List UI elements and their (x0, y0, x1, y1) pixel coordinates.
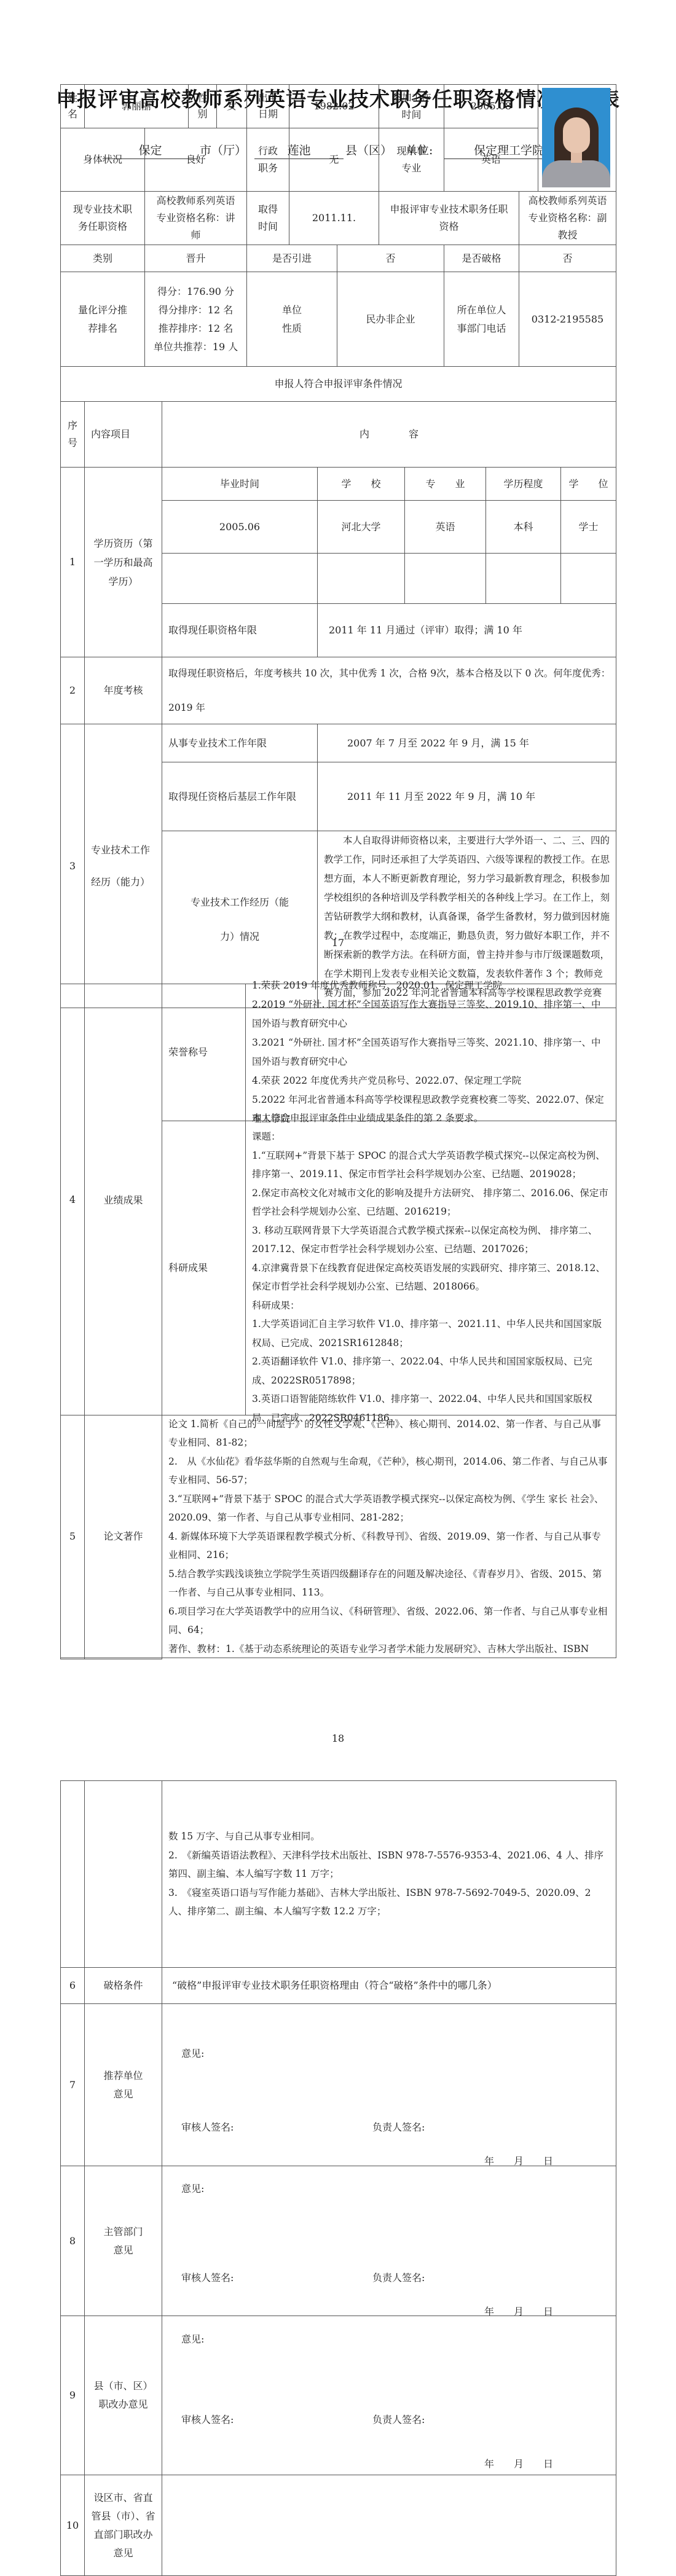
header-no: 序号 (60, 401, 85, 468)
ranking-value: 得分：176.90 分 得分排序：12 名 推荐排序：12 名 单位共推荐：19… (144, 272, 247, 367)
work-start-label: 参加工作时间 (379, 84, 444, 128)
leader-signature-label: 负责人签名: (372, 2412, 425, 2426)
paper-item: 论文 1.简析《自己的一间屋子》的女性文学观、《芒种》、核心期刊、2014.02… (168, 1415, 610, 1452)
row-no-5: 5 (60, 1415, 85, 1658)
category-value: 晋升 (144, 245, 247, 272)
introduced-value: 否 (337, 245, 444, 272)
edu-r1-degree: 学士 (560, 500, 616, 554)
opinion-label-9: 县（市、区）职改办意见 (84, 2316, 162, 2475)
page-number: 18 (0, 1732, 676, 1744)
admin-label: 行政职务 (246, 128, 289, 192)
achievements-label: 业绩成果 (84, 984, 162, 1415)
birth-label: 出生日期 (246, 84, 289, 128)
paper-item: 著作、教材：1.《基于动态系统理论的英语专业学习者学术能力发展研究》、吉林大学出… (168, 1640, 610, 1658)
honor-list: 1.荣获 2019 年度优秀教师称号、2020.01、保定理工学院 2.2019… (245, 984, 616, 1121)
paper-item: 2. 从《水仙花》看华兹华斯的自然观与生命观，《芒种》，核心期刊，2014.06… (168, 1452, 610, 1490)
research-label: 科研成果 (162, 1121, 246, 1415)
row-no-3: 3 (60, 724, 85, 1008)
opinion-box-7[interactable] (162, 2003, 616, 2166)
honor-item: 3.2021 “外研社. 国才杯”全国英语写作大赛指导三等奖、2021.10、排… (252, 1033, 610, 1071)
research-item: 本人符合申报评审条件中业绩成果条件的第 2 条要求。 (252, 1109, 483, 1128)
edu-col-level: 学历程度 (485, 467, 561, 501)
row-no-9: 9 (60, 2316, 85, 2475)
current-title-label: 现专业技术职务任职资格 (60, 191, 145, 245)
obtain-value: 2011.11. (289, 191, 379, 245)
apply-title-value: 高校教师系列英语专业资格名称：副教授 (519, 191, 616, 245)
section-title: 申报人符合申报评审条件情况 (60, 366, 616, 402)
date-label: 年 月 日 (484, 2456, 553, 2470)
research-item: 1.“互联网+”背景下基于 SPOC 的混合式大学英语教学模式探究--以保定高校… (252, 1146, 610, 1184)
research-item: 2.保定市高校文化对城市文化的影响及提升方法研究、 排序第二、2016.06、保… (252, 1184, 610, 1221)
category-label: 类别 (60, 245, 145, 272)
honor-label: 荣誉称号 (162, 984, 246, 1121)
header-item: 内容项目 (84, 401, 162, 468)
edu-col-school: 学 校 (317, 467, 405, 501)
honor-item: 4.荣获 2022 年度优秀共产党员称号、2022.07、保定理工学院 (252, 1071, 521, 1090)
apply-title-label: 申报评审专业技术职务任职资格 (379, 191, 519, 245)
health-label: 身体状况 (60, 128, 145, 192)
paper-item: 3. 《寝室英语口语与写作能力基础》、吉林大学出版社、ISBN 978-7-56… (168, 1884, 610, 1921)
row-no-1: 1 (60, 467, 85, 657)
grassroots-value: 2011 年 11 月至 2022 年 9 月，满 10 年 (317, 762, 616, 831)
opinion-box-8[interactable] (162, 2166, 616, 2316)
gender-value: 女 (216, 84, 247, 128)
row-no-7: 7 (60, 2003, 85, 2166)
annual-label: 年度考核 (84, 657, 162, 724)
opinion-label-7: 推荐单位意见 (84, 2003, 162, 2166)
research-item: 2.英语翻译软件 V1.0、排序第一、2022.04、中华人民共和国国家版权局、… (252, 1352, 610, 1390)
header-content: 内 容 (162, 401, 616, 468)
opinion-box-9[interactable] (162, 2316, 616, 2475)
row-no-4: 4 (60, 984, 85, 1415)
paper-item: 数 15 万字、与自己从事专业相同。 (168, 1827, 320, 1846)
exceptional-condition-label: 破格条件 (84, 1967, 162, 2004)
leader-signature-label: 负责人签名: (372, 2120, 425, 2134)
ranking-recommend-order: 推荐排序：12 名 (159, 319, 233, 338)
edu-r2-degree (560, 553, 616, 604)
research-item: 科研成果： (252, 1296, 300, 1315)
edu-r1-level: 本科 (485, 500, 561, 554)
research-item: 3. 移动互联网背景下大学英语混合式教学模式探索--以保定高校为例、 排序第二、… (252, 1221, 610, 1259)
applicant-photo (542, 88, 610, 187)
name-label: 姓名 (60, 84, 85, 128)
health-value: 良好 (144, 128, 247, 192)
papers-cont-label (84, 1780, 162, 1968)
annual-value: 取得现任职资格后，年度考核共 10 次，其中优秀 1 次，合格 9次，基本合格及… (162, 657, 616, 724)
paper-item: 4. 新媒体环境下大学英语课程教学模式分析、《科教导刊》、省级、2019.09、… (168, 1527, 610, 1565)
leader-signature-label: 负责人签名: (372, 2270, 425, 2284)
papers-label: 论文著作 (84, 1415, 162, 1658)
opinion-box-10[interactable] (162, 2475, 616, 2576)
papers-list: 本人符合申报评审条件中论文、著作条件的第 1 条要求。 论文 1.简析《自己的一… (162, 1415, 616, 1658)
opinion-label: 意见: (181, 2046, 204, 2060)
edu-r2-major (404, 553, 486, 604)
current-title-value: 高校教师系列英语专业资格名称：讲师 (144, 191, 247, 245)
row-no-10: 10 (60, 2475, 85, 2576)
work-years-label: 从事专业技术工作年限 (162, 724, 318, 762)
edu-r1-school: 河北大学 (317, 500, 405, 554)
research-item: 4.京津冀背景下在线教育促进保定高校英语发展的实践研究、排序第三、2018.12… (252, 1259, 610, 1296)
paper-item: 2. 《新编英语语法教程》、天津科学技术出版社、ISBN 978-7-5576-… (168, 1846, 610, 1884)
ranking-label: 量化评分推荐排名 (60, 272, 145, 367)
reviewer-signature-label: 审核人签名: (181, 2270, 234, 2284)
row-no-6: 6 (60, 1967, 85, 2004)
research-list: 本人符合申报评审条件中业绩成果条件的第 2 条要求。 课题： 1.“互联网+”背… (245, 1121, 616, 1415)
exceptional-condition-text: “破格”申报评审专业技术职务任职资格理由（符合“破格”条件中的哪几条） (162, 1967, 616, 2004)
edu-label: 学历资历（第一学历和最高学历） (84, 467, 162, 657)
paper-item: 6.项目学习在大学英语教学中的应用刍议、《科研管理》、省级、2022.06、第一… (168, 1602, 610, 1640)
paper-item: 5.结合教学实践浅谈独立学院学生英语四级翻译存在的问题及解决途径、《青春岁月》、… (168, 1565, 610, 1602)
grassroots-label: 取得现任资格后基层工作年限 (162, 762, 318, 831)
papers-cont-list: 数 15 万字、与自己从事专业相同。 2. 《新编英语语法教程》、天津科学技术出… (162, 1780, 616, 1968)
birth-value: 1982.02 (289, 84, 379, 128)
gender-label: 性别 (188, 84, 217, 128)
exceptional-label: 是否破格 (444, 245, 519, 272)
hr-phone-label: 所在单位人事部门电话 (444, 272, 519, 367)
qual-years-label: 取得现任职资格年限 (162, 603, 318, 657)
honor-item: 2.2019 “外研社. 国才杯”全国英语写作大赛指导三等奖、2019.10、排… (252, 995, 610, 1033)
work-years-value: 2007 年 7 月至 2022 年 9 月，满 15 年 (317, 724, 616, 762)
unit-type-label: 单位性质 (246, 272, 337, 367)
work-start-value: 2005.08 (444, 84, 538, 128)
research-item: 1.大学英语词汇自主学习软件 V1.0、排序第一、2021.11、中华人民共和国… (252, 1315, 610, 1352)
edu-r2-level (485, 553, 561, 604)
edu-col-major: 专 业 (404, 467, 486, 501)
exceptional-value: 否 (519, 245, 616, 272)
hr-phone-value: 0312-2195585 (519, 272, 616, 367)
opinion-label: 意见: (181, 2181, 204, 2195)
research-item: 课题： (252, 1127, 281, 1146)
ranking-score: 得分：176.90 分 (157, 283, 234, 301)
introduced-label: 是否引进 (246, 245, 337, 272)
opinion-label-10: 设区市、省直管县（市）、省直部门职改办意见 (84, 2475, 162, 2576)
edu-col-grad-time: 毕业时间 (162, 467, 318, 501)
qual-years-value: 2011 年 11 月通过（评审）取得；满 10 年 (317, 603, 616, 657)
edu-r2-time (162, 553, 318, 604)
papers-cont-no (60, 1780, 85, 1968)
edu-r2-school (317, 553, 405, 604)
edu-r1-time: 2005.06 (162, 500, 318, 554)
obtain-label: 取得时间 (246, 191, 289, 245)
admin-value: 无 (289, 128, 379, 192)
edu-col-degree: 学 位 (560, 467, 616, 501)
ranking-total: 单位共推荐：19 人 (154, 338, 238, 356)
edu-r1-major: 英语 (404, 500, 486, 554)
honor-item: 1.荣获 2019 年度优秀教师称号、2020.01、保定理工学院 (252, 976, 502, 995)
row-no-8: 8 (60, 2166, 85, 2316)
major-value: 英语 (444, 128, 538, 192)
opinion-label-8: 主管部门意见 (84, 2166, 162, 2316)
reviewer-signature-label: 审核人签名: (181, 2120, 234, 2134)
row-no-2: 2 (60, 657, 85, 724)
major-label: 现从事专业 (379, 128, 444, 192)
opinion-label: 意见: (181, 2331, 204, 2346)
experience-label: 专业技术工作经历（能力） (84, 724, 162, 1008)
name-value: 郭丽丽 (84, 84, 189, 128)
unit-type-value: 民办非企业 (337, 272, 444, 367)
ranking-score-order: 得分排序：12 名 (159, 301, 233, 319)
page-number: 17 (0, 937, 676, 949)
reviewer-signature-label: 审核人签名: (181, 2412, 234, 2426)
paper-item: 3.“互联网+”背景下基于 SPOC 的混合式大学英语教学模式探究--以保定高校… (168, 1490, 610, 1527)
